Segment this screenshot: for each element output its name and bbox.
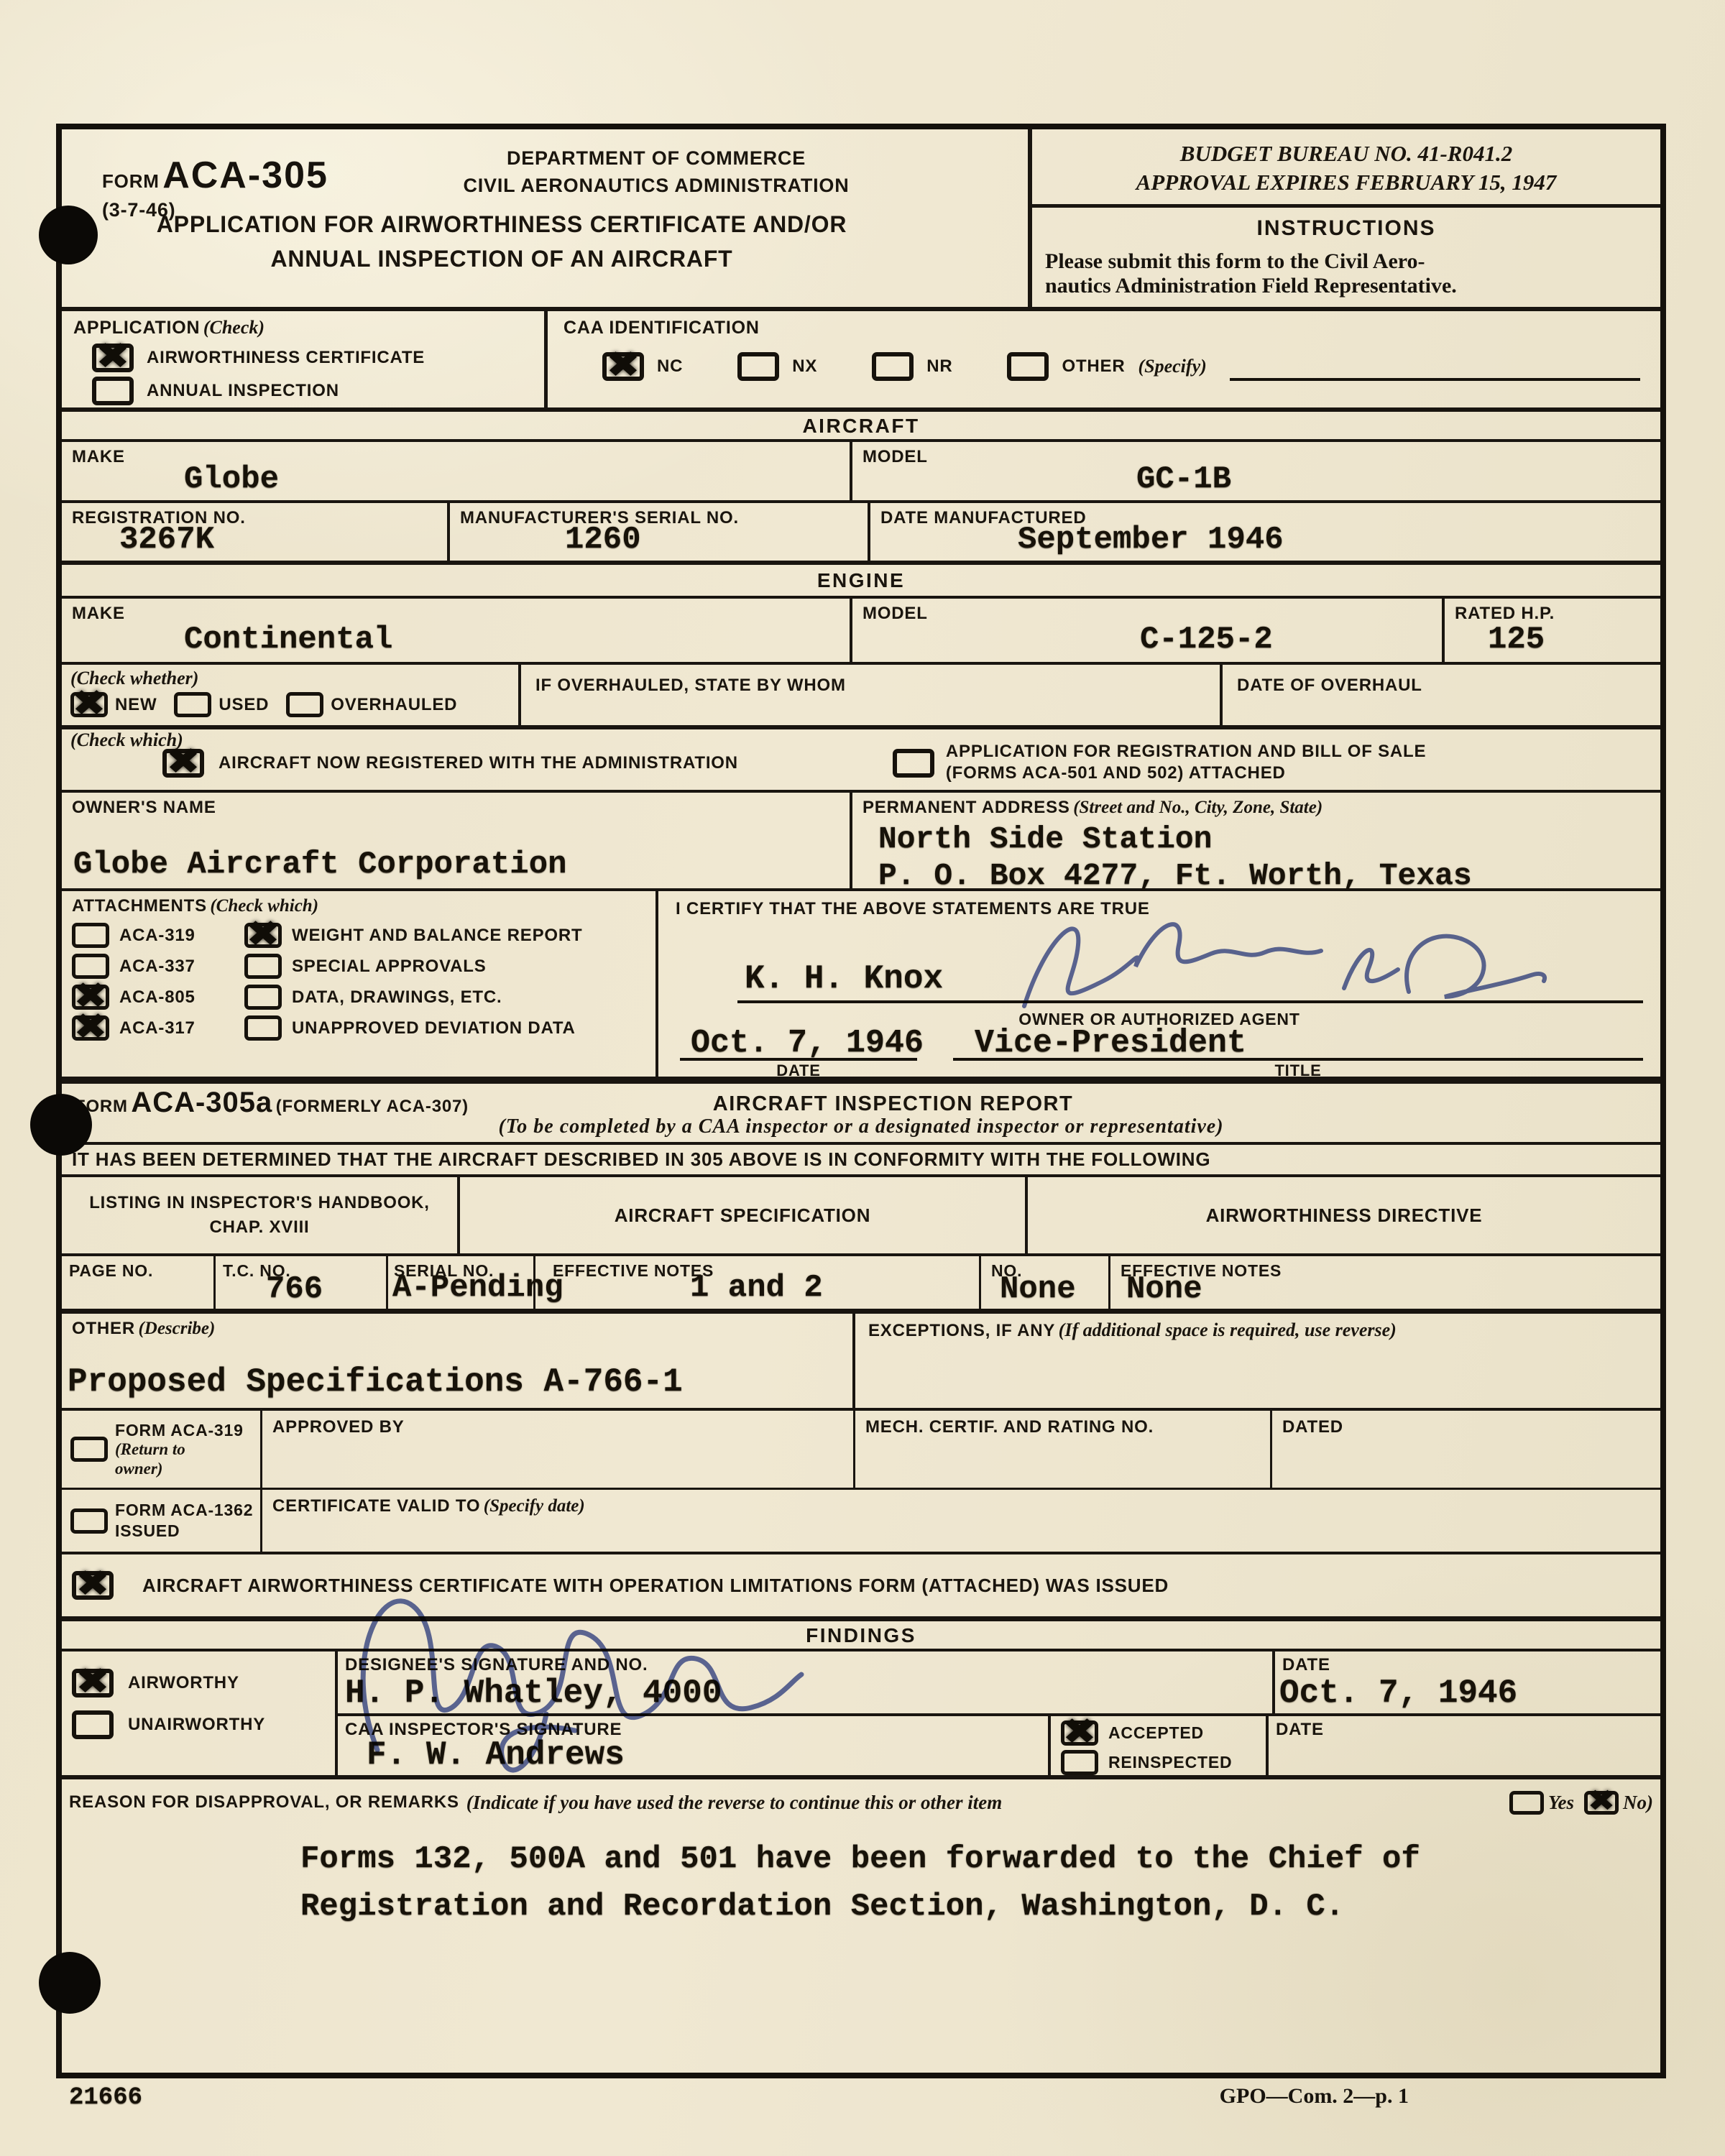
- remarks-line1: Forms 132, 500A and 501 have been forwar…: [300, 1835, 1660, 1883]
- report-form-number: ACA-305a: [131, 1087, 272, 1118]
- form-label: FORM: [102, 170, 160, 192]
- airworthy-label: AIRWORTHY: [128, 1672, 239, 1694]
- certificate-valid-note: (Specify date): [484, 1496, 585, 1516]
- owner-signature-ink: [1006, 895, 1610, 1046]
- address-label: PERMANENT ADDRESS: [862, 798, 1070, 817]
- attachments-cell: ATTACHMENTS (Check which) ACA-319 WEIGHT…: [62, 891, 658, 1077]
- registration-no-value: 3267K: [119, 522, 214, 558]
- aircraft-model-label: MODEL: [852, 442, 1660, 468]
- aircraft-model-value: GC-1B: [1136, 461, 1231, 497]
- aca319-return-note: (Return to owner): [115, 1440, 223, 1478]
- checkbox-special-approvals: [244, 954, 282, 979]
- bill-of-sale-line2: (FORMS ACA-501 AND 502) ATTACHED: [946, 763, 1426, 784]
- date-manufactured-value: September 1946: [1018, 522, 1284, 558]
- tc-no-cell: T.C. NO. 766: [216, 1256, 388, 1309]
- directive-notes-cell: EFFECTIVE NOTES None: [1110, 1256, 1660, 1309]
- col-listing-line2: CHAP. XVIII: [62, 1217, 457, 1238]
- designee-date-value: Oct. 7, 1946: [1279, 1674, 1517, 1712]
- engine-make-value: Continental: [184, 622, 392, 658]
- inspector-date-label: DATE: [1269, 1716, 1660, 1741]
- budget-bureau: BUDGET BUREAU NO. 41-R041.2 APPROVAL EXP…: [1032, 129, 1660, 208]
- reason-row: REASON FOR DISAPPROVAL, OR REMARKS (Indi…: [62, 1779, 1660, 1825]
- mech-certif-label: MECH. CERTIF. AND RATING NO.: [855, 1411, 1270, 1438]
- aca319-form-label: FORM ACA-319: [115, 1420, 244, 1441]
- unapproved-deviation-label: UNAPPROVED DEVIATION DATA: [292, 1018, 576, 1039]
- weight-balance-label: WEIGHT AND BALANCE REPORT: [292, 925, 582, 946]
- checkbox-weight-balance: [244, 923, 282, 948]
- designee-signature-ink: [338, 1567, 841, 1789]
- engine-hp-value: 125: [1488, 622, 1545, 658]
- overhauled-by-cell: IF OVERHAULED, STATE BY WHOM: [518, 665, 1220, 725]
- reverse-no-label: No): [1623, 1792, 1653, 1814]
- col-listing-line1: LISTING IN INSPECTOR'S HANDBOOK,: [62, 1192, 457, 1214]
- engine-hp-label: RATED H.P.: [1445, 599, 1660, 625]
- checkbox-nr-label: NR: [926, 356, 952, 377]
- overhaul-date-cell: DATE OF OVERHAUL: [1220, 665, 1660, 725]
- unairworthy-label: UNAIRWORTHY: [128, 1714, 265, 1736]
- certify-date-label: DATE: [680, 1061, 917, 1081]
- dept-line2: CIVIL AERONAUTICS ADMINISTRATION: [285, 174, 1028, 198]
- checkbox-annual-inspection-label: ANNUAL INSPECTION: [147, 380, 339, 402]
- aca1362-check-cell: FORM ACA-1362 ISSUED: [62, 1490, 262, 1552]
- other-label: OTHER: [1062, 356, 1125, 377]
- inspection-report-header: FORM ACA-305a (FORMERLY ACA-307) AIRCRAF…: [62, 1084, 1660, 1145]
- aircraft-make-value: Globe: [184, 461, 279, 497]
- aca319-row: FORM ACA-319 (Return to owner) APPROVED …: [62, 1411, 1660, 1490]
- serial-no-label: MANUFACTURER'S SERIAL NO.: [450, 503, 868, 529]
- checkbox-other: [1007, 352, 1049, 381]
- spec-serial-value: A-Pending: [392, 1270, 563, 1306]
- report-form-id: FORM ACA-305a (FORMERLY ACA-307): [75, 1087, 469, 1119]
- punch-hole-bottom: [39, 1952, 101, 2014]
- instructions-text: Please submit this form to the Civil Aer…: [1032, 242, 1660, 298]
- report-formerly: (FORMERLY ACA-307): [276, 1097, 469, 1116]
- accepted-cell: ACCEPTED REINSPECTED: [1051, 1716, 1269, 1775]
- form-number: ACA-305: [162, 155, 328, 196]
- spec-serial-cell: SERIAL NO. A-Pending: [388, 1256, 535, 1309]
- other-describe-value: Proposed Specifications A-766-1: [68, 1363, 683, 1401]
- engine-make-label: MAKE: [62, 599, 850, 625]
- aca1362-form-label: FORM ACA-1362: [115, 1500, 253, 1521]
- instructions-title: INSTRUCTIONS: [1032, 208, 1660, 242]
- instructions-line2: nautics Administration Field Representat…: [1045, 274, 1647, 298]
- aircraft-section-title: AIRCRAFT: [802, 413, 919, 438]
- form-date: (3-7-46): [102, 198, 328, 223]
- certificate-valid-cell: CERTIFICATE VALID TO (Specify date): [262, 1490, 1660, 1552]
- dated-cell: DATED: [1272, 1411, 1660, 1488]
- application-section: APPLICATION (Check) AIRWORTHINESS CERTIF…: [62, 311, 548, 407]
- checkbox-data-drawings: [244, 985, 282, 1010]
- checkbox-new-label: NEW: [115, 694, 157, 716]
- determination-bar: IT HAS BEEN DETERMINED THAT THE AIRCRAFT…: [62, 1145, 1660, 1177]
- certificate-issued-row: AIRCRAFT AIRWORTHINESS CERTIFICATE WITH …: [62, 1554, 1660, 1621]
- engine-model-cell: MODEL C-125-2: [852, 599, 1445, 662]
- checkbox-airworthiness-certificate-label: AIRWORTHINESS CERTIFICATE: [147, 347, 425, 369]
- checkbox-nc: [602, 352, 644, 381]
- gpo-footer: GPO—Com. 2—p. 1: [1220, 2084, 1409, 2109]
- aircraft-section-bar: AIRCRAFT: [62, 412, 1660, 442]
- engine-model-value: C-125-2: [1140, 622, 1273, 658]
- engine-model-label: MODEL: [852, 599, 1442, 625]
- remarks-area: Forms 132, 500A and 501 have been forwar…: [62, 1825, 1660, 2073]
- reason-label: REASON FOR DISAPPROVAL, OR REMARKS: [69, 1792, 459, 1813]
- findings-body: AIRWORTHY UNAIRWORTHY DESIGNEE'S SIGNATU…: [62, 1651, 1660, 1779]
- aca1362-issued-label: ISSUED: [115, 1521, 253, 1542]
- title-line2: ANNUAL INSPECTION OF AN AIRCRAFT: [62, 244, 942, 273]
- date-manufactured-cell: DATE MANUFACTURED September 1946: [870, 503, 1660, 561]
- check-whether-cell: (Check whether) NEW USED OVERHAULED: [62, 665, 518, 725]
- scanned-form-aca-305: FORM ACA-305 (3-7-46) DEPARTMENT OF COMM…: [0, 0, 1725, 2156]
- dated-label: DATED: [1272, 1411, 1660, 1438]
- data-drawings-label: DATA, DRAWINGS, ETC.: [292, 987, 502, 1008]
- findings-section-bar: FINDINGS: [62, 1621, 1660, 1651]
- aca-337-label: ACA-337: [119, 956, 234, 977]
- other-describe-cell: OTHER (Describe) Proposed Specifications…: [62, 1314, 855, 1408]
- registration-no-cell: REGISTRATION NO. 3267K: [62, 503, 450, 561]
- mech-certif-cell: MECH. CERTIF. AND RATING NO.: [855, 1411, 1272, 1488]
- report-subtitle: (To be completed by a CAA inspector or a…: [62, 1115, 1660, 1138]
- owner-name-cell: OWNER'S NAME Globe Aircraft Corporation: [62, 793, 852, 888]
- serial-no-value: 1260: [565, 522, 641, 558]
- exceptions-note: (If additional space is required, use re…: [1059, 1319, 1397, 1340]
- tc-no-value: 766: [266, 1271, 323, 1307]
- checkbox-reverse-yes: [1509, 1791, 1544, 1815]
- form-border-frame: FORM ACA-305 (3-7-46) DEPARTMENT OF COMM…: [56, 124, 1666, 2078]
- other-describe-note: (Describe): [138, 1319, 215, 1338]
- designee-date-label: DATE: [1275, 1651, 1660, 1676]
- checkbox-overhauled: [286, 692, 323, 717]
- checkbox-bill-of-sale-label: APPLICATION FOR REGISTRATION AND BILL OF…: [946, 741, 1426, 784]
- checkbox-certificate-issued: [72, 1571, 114, 1600]
- checkbox-annual-inspection: [92, 377, 134, 405]
- checkbox-used-label: USED: [218, 694, 269, 716]
- owner-name-label: OWNER'S NAME: [62, 793, 850, 819]
- checkbox-aca-317: [72, 1015, 109, 1041]
- check-whether-note: (Check whether): [70, 668, 518, 689]
- checkbox-unapproved-deviation: [244, 1015, 282, 1041]
- owner-name-value: Globe Aircraft Corporation: [73, 847, 567, 883]
- certify-title-label: TITLE: [953, 1061, 1643, 1081]
- reinspected-label: REINSPECTED: [1108, 1752, 1232, 1773]
- spec-table-header: LISTING IN INSPECTOR'S HANDBOOK, CHAP. X…: [62, 1177, 1660, 1256]
- aircraft-make-cell: MAKE Globe: [62, 442, 852, 500]
- engine-section-title: ENGINE: [817, 568, 905, 593]
- punch-hole-middle: [30, 1094, 92, 1156]
- aca-317-label: ACA-317: [119, 1018, 234, 1039]
- attachments-label: ATTACHMENTS: [72, 896, 207, 916]
- spec-values-row: PAGE NO. T.C. NO. 766 SERIAL NO. A-Pendi…: [62, 1256, 1660, 1314]
- directive-no-cell: NO. None: [981, 1256, 1110, 1309]
- checkbox-overhauled-label: OVERHAULED: [331, 694, 457, 716]
- header-left: FORM ACA-305 (3-7-46) DEPARTMENT OF COMM…: [62, 129, 1028, 307]
- header-row: FORM ACA-305 (3-7-46) DEPARTMENT OF COMM…: [62, 129, 1660, 311]
- address-line1: North Side Station: [878, 821, 1660, 857]
- aircraft-make-row: MAKE Globe MODEL GC-1B: [62, 442, 1660, 503]
- checkbox-airworthy: [72, 1669, 114, 1697]
- checkbox-registered: [162, 749, 204, 778]
- checkbox-bill-of-sale: [893, 749, 934, 778]
- aca-805-label: ACA-805: [119, 987, 234, 1008]
- owner-signature-typed: K. H. Knox: [745, 960, 943, 998]
- aircraft-registration-row: REGISTRATION NO. 3267K MANUFACTURER'S SE…: [62, 503, 1660, 565]
- caa-identification-section: CAA IDENTIFICATION NC NX NR OTHER (Speci…: [548, 311, 1660, 407]
- other-specify-note: (Specify): [1138, 356, 1206, 377]
- checkbox-aca-319: [72, 923, 109, 948]
- bill-of-sale-line1: APPLICATION FOR REGISTRATION AND BILL OF…: [946, 741, 1426, 763]
- other-describe-label: OTHER: [72, 1319, 135, 1338]
- exceptions-cell: EXCEPTIONS, IF ANY (If additional space …: [855, 1314, 1660, 1408]
- application-check-note: (Check): [203, 317, 264, 338]
- checkbox-reinspected: [1061, 1750, 1098, 1775]
- approved-by-cell: APPROVED BY: [262, 1411, 855, 1488]
- dept-line1: DEPARTMENT OF COMMERCE: [285, 147, 1028, 171]
- instructions-line1: Please submit this form to the Civil Aer…: [1045, 249, 1647, 274]
- directive-notes-value: None: [1126, 1271, 1202, 1307]
- aca319-check-cell: FORM ACA-319 (Return to owner): [62, 1411, 262, 1488]
- other-specify-line: [1230, 352, 1640, 381]
- spec-notes-cell: EFFECTIVE NOTES 1 and 2: [535, 1256, 981, 1309]
- remarks-line2: Registration and Recordation Section, Wa…: [300, 1883, 1660, 1930]
- engine-section-bar: ENGINE: [62, 565, 1660, 599]
- aca-319-label: ACA-319: [119, 925, 234, 946]
- checkbox-unairworthy: [72, 1710, 114, 1739]
- certify-date-value: Oct. 7, 1946: [691, 1025, 924, 1061]
- page-no-label: PAGE NO.: [62, 1256, 213, 1281]
- col-airworthiness-directive: AIRWORTHINESS DIRECTIVE: [1028, 1177, 1660, 1253]
- other-row: OTHER (Describe) Proposed Specifications…: [62, 1314, 1660, 1411]
- approved-by-label: APPROVED BY: [262, 1411, 853, 1438]
- overhauled-by-label: IF OVERHAULED, STATE BY WHOM: [521, 665, 1220, 696]
- determination-text: IT HAS BEEN DETERMINED THAT THE AIRCRAFT…: [62, 1148, 1210, 1171]
- dept-block: DEPARTMENT OF COMMERCE CIVIL AERONAUTICS…: [285, 129, 1028, 198]
- application-label: APPLICATION: [73, 318, 200, 338]
- budget-line2: APPROVAL EXPIRES FEBRUARY 15, 1947: [1038, 170, 1655, 195]
- header-right-box: BUDGET BUREAU NO. 41-R041.2 APPROVAL EXP…: [1028, 129, 1660, 307]
- accepted-label: ACCEPTED: [1108, 1723, 1204, 1743]
- checkbox-reverse-no: [1584, 1791, 1619, 1815]
- checkbox-nc-label: NC: [657, 356, 683, 377]
- inspector-date-cell: DATE: [1269, 1716, 1660, 1775]
- directive-no-value: None: [1000, 1271, 1076, 1307]
- owner-address-cell: PERMANENT ADDRESS (Street and No., City,…: [852, 793, 1660, 888]
- exceptions-label: EXCEPTIONS, IF ANY: [868, 1321, 1055, 1340]
- caa-identification-label: CAA IDENTIFICATION: [563, 317, 1640, 339]
- application-row: APPLICATION (Check) AIRWORTHINESS CERTIF…: [62, 311, 1660, 412]
- aca1362-row: FORM ACA-1362 ISSUED CERTIFICATE VALID T…: [62, 1490, 1660, 1554]
- engine-condition-row: (Check whether) NEW USED OVERHAULED IF O…: [62, 665, 1660, 729]
- findings-verdict-cell: AIRWORTHY UNAIRWORTHY: [62, 1651, 338, 1775]
- owner-row: OWNER'S NAME Globe Aircraft Corporation …: [62, 793, 1660, 891]
- plate-number: 21666: [69, 2084, 142, 2111]
- checkbox-nx-label: NX: [792, 356, 817, 377]
- punch-hole-top: [39, 206, 98, 264]
- budget-line1: BUDGET BUREAU NO. 41-R041.2: [1038, 141, 1655, 167]
- checkbox-aca1362-issued: [70, 1508, 108, 1534]
- col-aircraft-specification: AIRCRAFT SPECIFICATION: [460, 1177, 1028, 1253]
- overhaul-date-label: DATE OF OVERHAUL: [1223, 665, 1660, 696]
- checkbox-nr: [872, 352, 914, 381]
- engine-make-cell: MAKE Continental: [62, 599, 852, 662]
- aircraft-make-label: MAKE: [62, 442, 850, 468]
- checkbox-new: [70, 692, 108, 717]
- form-id-block: FORM ACA-305 (3-7-46): [102, 154, 328, 223]
- serial-no-cell: MANUFACTURER'S SERIAL NO. 1260: [450, 503, 870, 561]
- checkbox-airworthiness-certificate: [92, 344, 134, 372]
- reverse-yes-label: Yes: [1548, 1792, 1574, 1814]
- checkbox-nx: [737, 352, 779, 381]
- designee-date-cell: DATE Oct. 7, 1946: [1275, 1651, 1660, 1713]
- address-note: (Street and No., City, Zone, State): [1073, 798, 1322, 817]
- checkbox-accepted: [1061, 1720, 1098, 1746]
- engine-hp-cell: RATED H.P. 125: [1445, 599, 1660, 662]
- page-no-cell: PAGE NO.: [62, 1256, 216, 1309]
- report-title: AIRCRAFT INSPECTION REPORT: [713, 1091, 1073, 1117]
- engine-make-row: MAKE Continental MODEL C-125-2 RATED H.P…: [62, 599, 1660, 665]
- certificate-valid-label: CERTIFICATE VALID TO: [272, 1496, 480, 1516]
- checkbox-used: [174, 692, 211, 717]
- col-listing: LISTING IN INSPECTOR'S HANDBOOK, CHAP. X…: [62, 1177, 460, 1253]
- registration-status-row: (Check which) AIRCRAFT NOW REGISTERED WI…: [62, 729, 1660, 793]
- aircraft-model-cell: MODEL GC-1B: [852, 442, 1660, 500]
- reason-note: (Indicate if you have used the reverse t…: [466, 1792, 1002, 1814]
- special-approvals-label: SPECIAL APPROVALS: [292, 956, 487, 977]
- spec-notes-value: 1 and 2: [690, 1270, 823, 1306]
- checkbox-aca319-return: [70, 1437, 108, 1462]
- checkbox-registered-label: AIRCRAFT NOW REGISTERED WITH THE ADMINIS…: [218, 752, 738, 774]
- address-line2: P. O. Box 4277, Ft. Worth, Texas: [878, 858, 1660, 893]
